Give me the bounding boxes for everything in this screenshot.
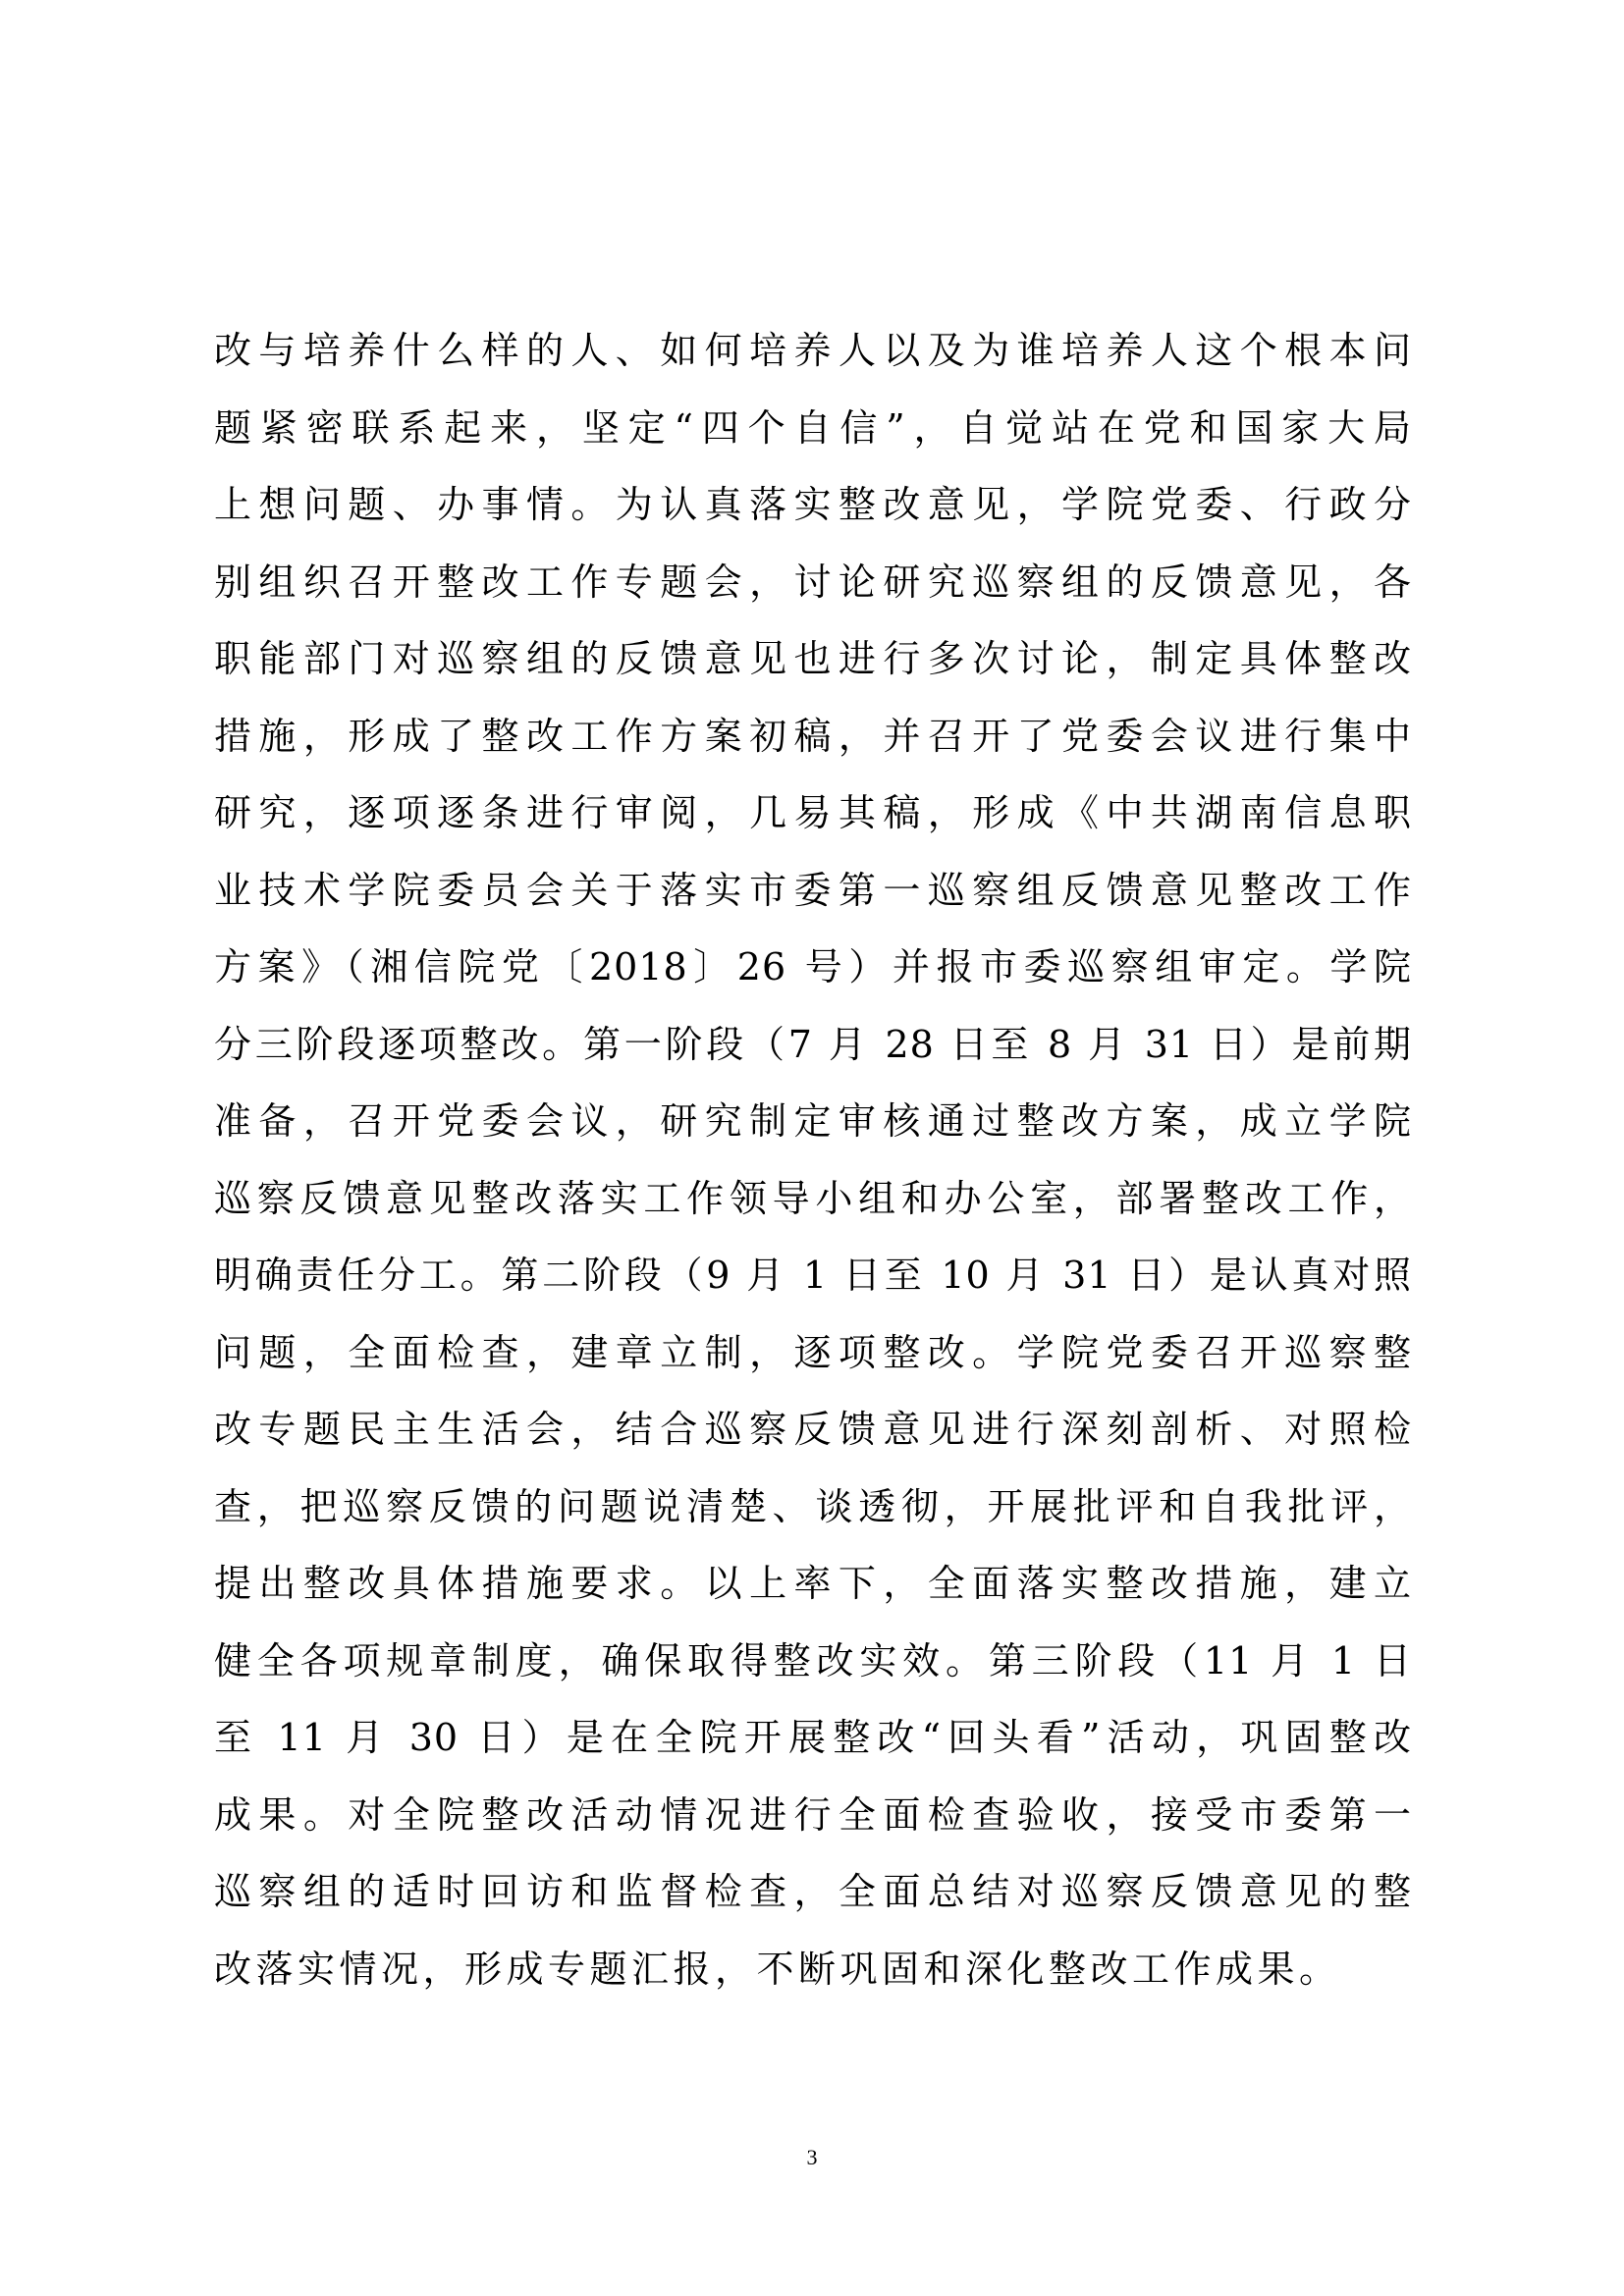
- text-line: 至 11 月 30 日）是在全院开展整改“回头看”活动，巩固整改: [214, 1699, 1412, 1777]
- text-line: 查，把巡察反馈的问题说清楚、谈透彻，开展批评和自我批评，: [214, 1468, 1412, 1546]
- text-line: 分三阶段逐项整改。第一阶段（7 月 28 日至 8 月 31 日）是前期: [214, 1006, 1412, 1084]
- text-line: 问题，全面检查，建章立制，逐项整改。学院党委召开巡察整: [214, 1314, 1412, 1392]
- text-line: 改与培养什么样的人、如何培养人以及为谁培养人这个根本问: [214, 312, 1412, 390]
- text-line: 职能部门对巡察组的反馈意见也进行多次讨论，制定具体整改: [214, 620, 1412, 698]
- text-line: 明确责任分工。第二阶段（9 月 1 日至 10 月 31 日）是认真对照: [214, 1237, 1412, 1314]
- text-line: 措施，形成了整改工作方案初稿，并召开了党委会议进行集中: [214, 698, 1412, 775]
- text-line: 成果。对全院整改活动情况进行全面检查验收，接受市委第一: [214, 1777, 1412, 1854]
- body-paragraph: 改与培养什么样的人、如何培养人以及为谁培养人这个根本问 题紧密联系起来，坚定“四…: [214, 312, 1412, 2007]
- text-line: 研究，逐项逐条进行审阅，几易其稿，形成《中共湖南信息职: [214, 774, 1412, 852]
- text-line: 方案》（湘信院党〔2018〕26 号）并报市委巡察组审定。学院: [214, 929, 1412, 1006]
- text-line: 题紧密联系起来，坚定“四个自信”，自觉站在党和国家大局: [214, 390, 1412, 467]
- text-line: 上想问题、办事情。为认真落实整改意见，学院党委、行政分: [214, 466, 1412, 544]
- text-line: 巡察反馈意见整改落实工作领导小组和办公室，部署整改工作，: [214, 1160, 1412, 1238]
- text-line: 准备，召开党委会议，研究制定审核通过整改方案，成立学院: [214, 1083, 1412, 1160]
- text-line: 提出整改具体措施要求。以上率下，全面落实整改措施，建立: [214, 1545, 1412, 1623]
- text-line: 业技术学院委员会关于落实市委第一巡察组反馈意见整改工作: [214, 852, 1412, 930]
- text-line: 巡察组的适时回访和监督检查，全面总结对巡察反馈意见的整: [214, 1853, 1412, 1931]
- text-line-last: 改落实情况，形成专题汇报，不断巩固和深化整改工作成果。: [214, 1931, 1412, 2008]
- text-line: 健全各项规章制度，确保取得整改实效。第三阶段（11 月 1 日: [214, 1623, 1412, 1700]
- document-page: 改与培养什么样的人、如何培养人以及为谁培养人这个根本问 题紧密联系起来，坚定“四…: [0, 0, 1624, 2296]
- text-line: 改专题民主生活会，结合巡察反馈意见进行深刻剖析、对照检: [214, 1391, 1412, 1468]
- text-line: 别组织召开整改工作专题会，讨论研究巡察组的反馈意见，各: [214, 544, 1412, 621]
- page-number: 3: [0, 2145, 1624, 2170]
